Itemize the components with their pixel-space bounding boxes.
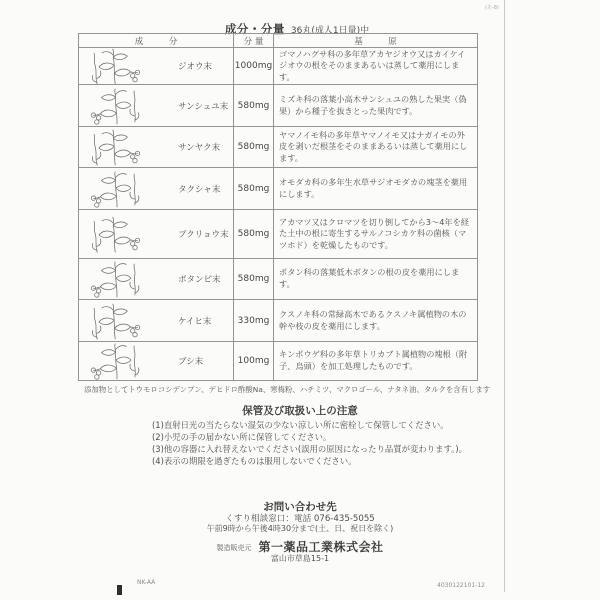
table-header-row: 成 分 分 量 基 原 (79, 34, 477, 47)
ingredient-name: ブシ末 (178, 355, 203, 367)
plant-sketch-icon (84, 302, 146, 340)
package-insert-page: (あ-8) 成分・分量36丸(成人1日量)中 成 分 分 量 基 原 ジオウ末 … (0, 0, 600, 600)
ingredient-amount: 1000mg (233, 48, 273, 84)
ingredient-name: ボタンピ末 (178, 273, 221, 285)
table-row: ブシ末 100mg キンポウゲ科の多年草トリカブト属植物の塊根（附子、烏頭）を加… (79, 341, 477, 380)
manufacturer-address: 富山市草島15-1 (0, 553, 600, 564)
storage-heading: 保管及び取扱い上の注意 (0, 403, 600, 418)
plant-sketch-icon (84, 87, 146, 125)
plant-sketch-icon (84, 342, 146, 380)
plant-sketch-icon (84, 48, 146, 84)
ingredient-name: ケイヒ末 (178, 315, 211, 327)
ingredient-name: タクシャ末 (178, 183, 220, 195)
additives-note: 添加物としてトウモロコシデンプン、デヒドロ酢酸Na、寒梅粉、ハチミツ、マクロゴー… (84, 384, 490, 395)
storage-note: (3)他の容器に入れ替えないでください(誤用の原因になったり品質が変わります。)… (152, 443, 482, 455)
ingredient-basis: ヤマノイモ科の多年草ヤマノイモ又はナガイモの外皮を剥いだ根茎をそのままあるいは蒸… (279, 130, 473, 165)
ingredient-amount: 580mg (233, 210, 273, 258)
footer-left-code: NK-AA (137, 579, 155, 586)
storage-note: (1)直射日光の当たらない湿気の少ない涼しい所に密栓して保管してください。 (152, 419, 482, 431)
storage-note: (2)小児の手の届かない所に保管してください。 (152, 431, 482, 443)
plant-sketch-icon (84, 260, 146, 298)
table-row: ボタンピ末 580mg ボタン科の落葉低木ボタンの根の皮を薬用にします。 (79, 258, 477, 299)
table-row: サンシュユ末 580mg ミズキ科の落葉小高木サンシュユの熟した果実（偽果）から… (79, 84, 477, 126)
ingredient-amount: 580mg (233, 127, 273, 167)
ingredient-basis: アカマツ又はクロマツを切り倒してから3～4年を経た土中の根に寄生するサルノコシカ… (279, 217, 473, 252)
storage-note: (4)表示の期限を過ぎたものは服用しないでください。 (152, 455, 482, 467)
plant-sketch-icon (84, 128, 146, 166)
ingredient-amount: 580mg (233, 259, 273, 299)
registration-mark (117, 585, 122, 595)
table-row: ジオウ末 1000mg ゴマノハグサ科の多年草アカヤジオウ又はカイケイジオウの根… (79, 47, 477, 84)
corner-label: (あ-8) (485, 4, 499, 11)
ingredient-name: サンシュユ末 (178, 100, 228, 112)
ingredient-amount: 330mg (233, 300, 273, 341)
header-amount: 分 量 (233, 34, 273, 47)
plant-sketch-icon (84, 215, 146, 253)
ingredient-basis: オモダカ科の多年生水草サジオモダカの塊茎を薬用にします。 (279, 177, 473, 200)
table-row: タクシャ末 580mg オモダカ科の多年生水草サジオモダカの塊茎を薬用にします。 (79, 167, 477, 209)
table-row: サンヤク末 580mg ヤマノイモ科の多年草ヤマノイモ又はナガイモの外皮を剥いだ… (79, 126, 477, 167)
ingredient-basis: ゴマノハグサ科の多年草アカヤジオウ又はカイケイジオウの根をそのままあるいは蒸して… (279, 49, 473, 84)
manufacturer-label: 製造販売元 (216, 543, 251, 553)
ingredient-basis: クスノキ科の常緑高木であるクスノキ属植物の木の幹や枝の皮を薬用にします。 (279, 309, 473, 332)
ingredient-name: ジオウ末 (178, 60, 212, 72)
ingredient-amount: 580mg (233, 168, 273, 209)
header-basis: 基 原 (273, 34, 477, 47)
footer-right-code: 4030122101-12 (437, 582, 485, 589)
ingredient-amount: 100mg (233, 342, 273, 380)
ingredient-name: サンヤク末 (178, 141, 220, 153)
ingredients-table: 成 分 分 量 基 原 ジオウ末 1000mg ゴマノハグサ科の多年草アカヤジオ… (78, 33, 478, 381)
ingredient-basis: ミズキ科の落葉小高木サンシュユの熟した果実（偽果）から種子を抜きとった果肉です。 (279, 94, 473, 117)
header-ingredient: 成 分 (79, 34, 233, 47)
table-row: ケイヒ末 330mg クスノキ科の常緑高木であるクスノキ属植物の木の幹や枝の皮を… (79, 299, 477, 341)
ingredient-basis: ボタン科の落葉低木ボタンの根の皮を薬用にします。 (279, 267, 473, 290)
table-row: ブクリョウ末 580mg アカマツ又はクロマツを切り倒してから3～4年を経た土中… (79, 209, 477, 258)
contact-hours-line: 午前9時から午後4時30分まで(土、日、祝日を除く) (0, 523, 600, 534)
ingredient-name: ブクリョウ末 (178, 228, 229, 240)
ingredient-amount: 580mg (233, 85, 273, 126)
storage-notes: (1)直射日光の当たらない湿気の少ない涼しい所に密栓して保管してください。 (2… (152, 419, 482, 467)
plant-sketch-icon (84, 170, 146, 208)
ingredient-basis: キンポウゲ科の多年草トリカブト属植物の塊根（附子、烏頭）を加工処理したものです。 (279, 349, 473, 372)
